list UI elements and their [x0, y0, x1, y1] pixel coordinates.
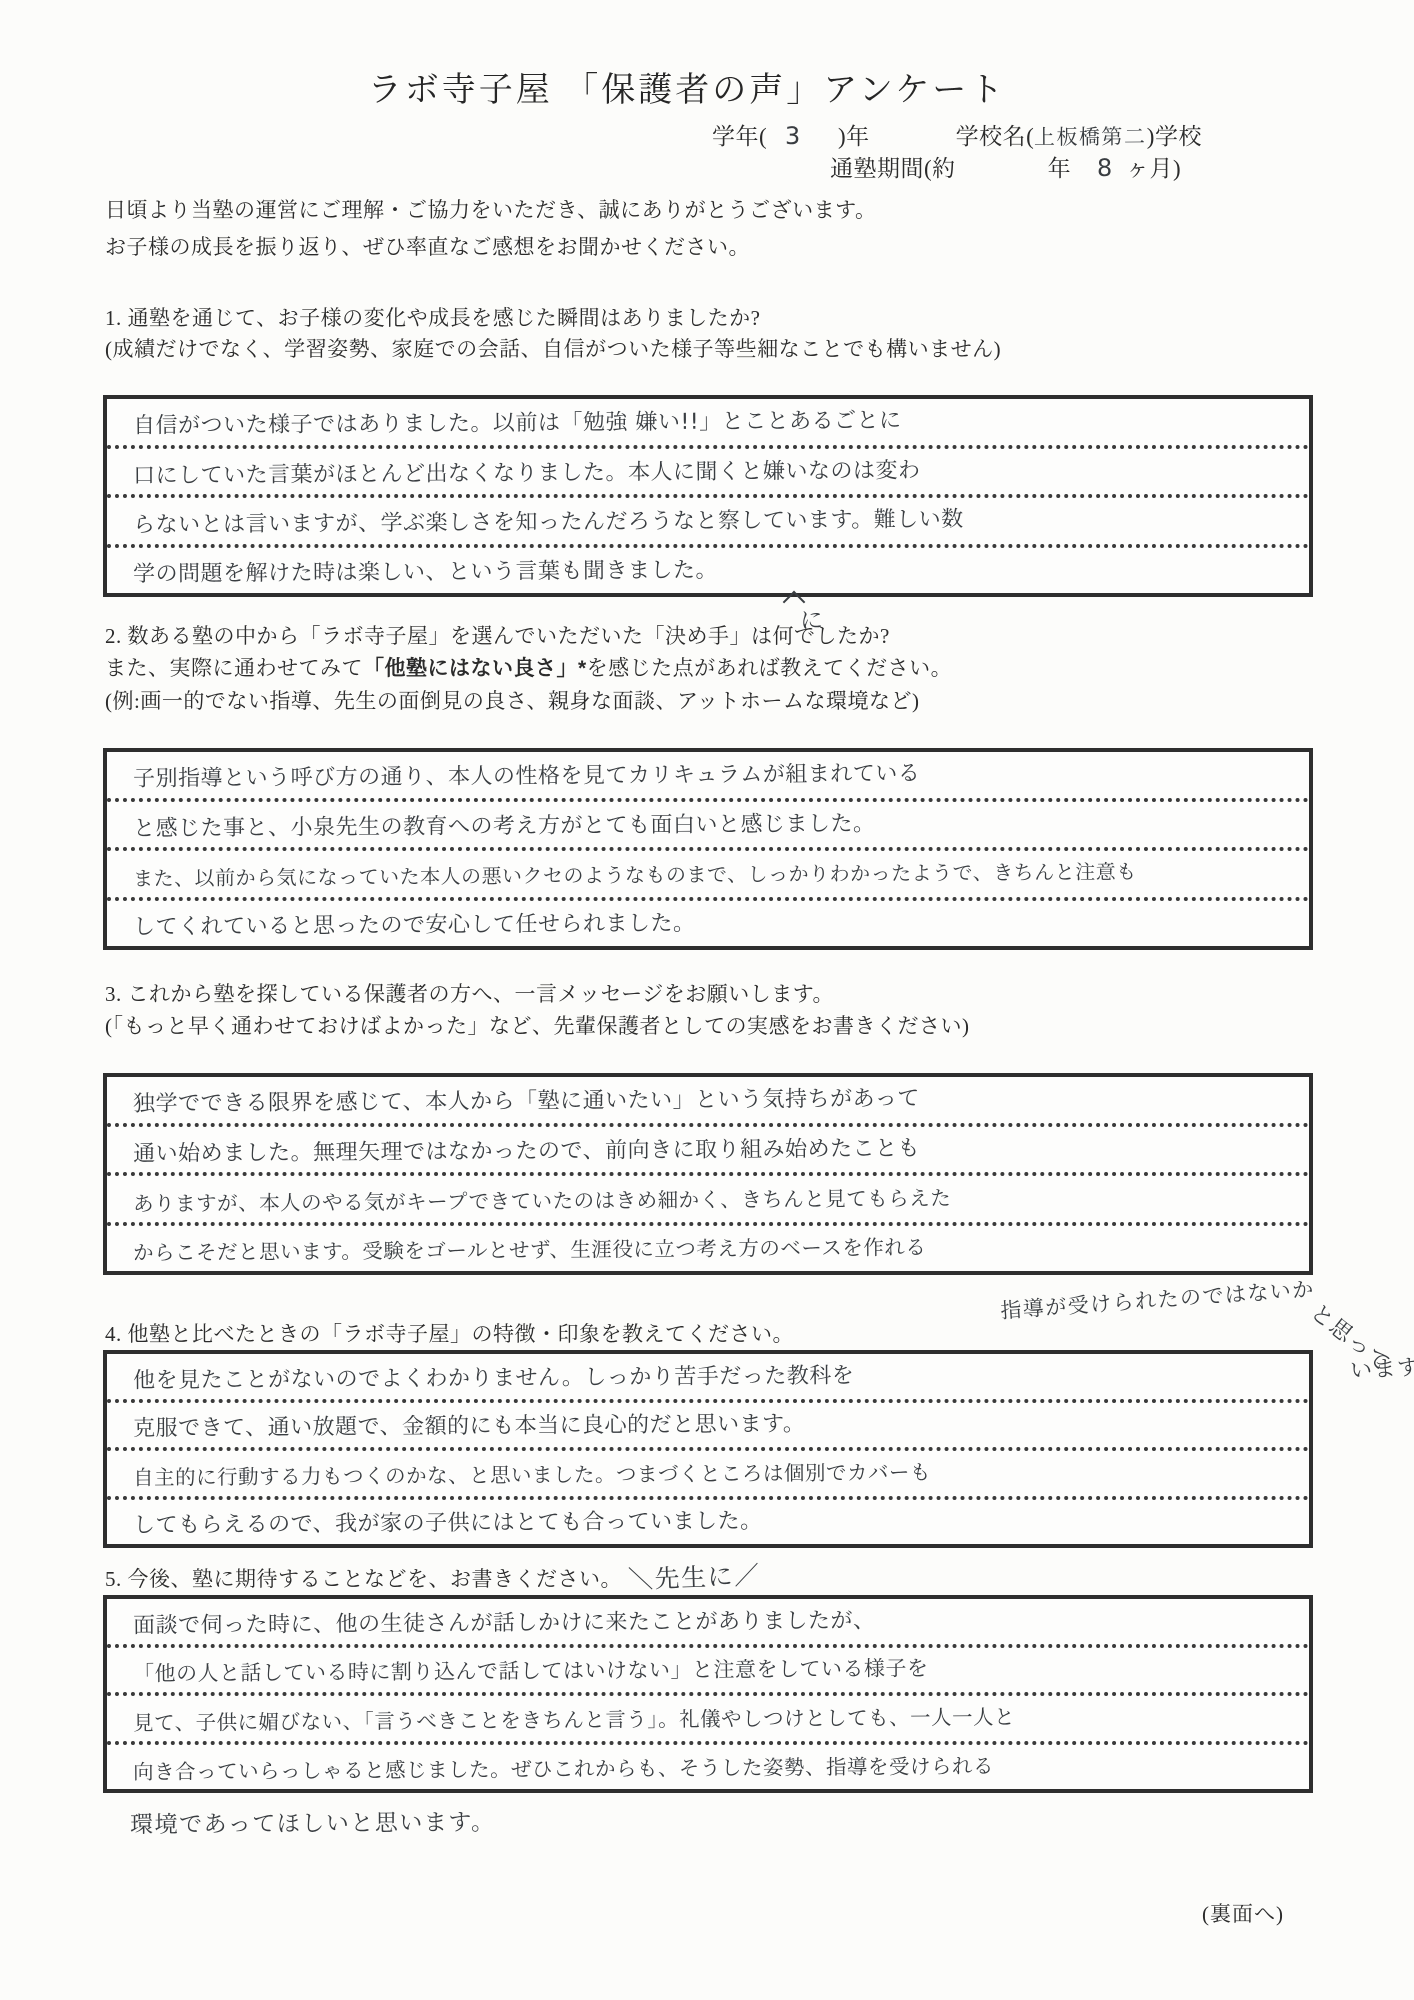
question-2-line2-post: を感じた点があれば教えてください。: [587, 656, 953, 680]
handwritten-answer: 「他の人と話している時に割り込んで話してはいけない」と注意をしている様子を: [133, 1652, 929, 1688]
margin-note-continuation-3: います: [1349, 1350, 1414, 1385]
answer-row: また、以前から気になっていた本人の悪いクセのようなものまで、しっかりわかったよう…: [107, 851, 1309, 901]
question-3-note: (「もっと早く通わせておけばよかった」など、先輩保護者としての実感をお書きくださ…: [105, 1010, 969, 1042]
intro-paragraph: 日頃より当塾の運営にご理解・ご協力をいただき、誠にありがとうございます。 お子様…: [105, 192, 876, 266]
handwritten-answer: してもらえるので、我が家の子供にはとても合っていました。: [133, 1504, 763, 1539]
answer-box-q1: 自信がついた様子ではありました。以前は「勉強 嫌い!!」とことあるごとに 口にし…: [103, 395, 1313, 597]
handwritten-answer: してくれていると思ったので安心して任せられました。: [133, 906, 696, 941]
school-label-post: )学校: [1147, 118, 1202, 151]
question-3-heading: 3. これから塾を探している保護者の方へ、一言メッセージをお願いします。: [105, 978, 969, 1010]
handwritten-answer: 口にしていた言葉がほとんど出なくなりました。本人に聞くと嫌いなのは変わ: [133, 453, 921, 489]
header-fields-row2: 通塾期間(約 年 8 ヶ月): [830, 150, 1181, 183]
handwritten-answer: 通い始めました。無理矢理ではなかったので、前向きに取り組み始めたことも: [133, 1131, 920, 1167]
answer-row: ありますが、本人のやる気がキープできていたのはきめ細かく、きちんと見てもらえた: [107, 1176, 1309, 1226]
handwritten-answer: 自主的に行動する力もつくのかな、と思いました。つまづくところは個別でカバーも: [133, 1455, 931, 1491]
answer-row: 「他の人と話している時に割り込んで話してはいけない」と注意をしている様子を: [107, 1648, 1309, 1697]
handwritten-answer: 自信がついた様子ではありました。以前は「勉強 嫌い!!」とことあるごとに: [133, 404, 902, 440]
handwritten-answer: 面談で伺った時に、他の生徒さんが話しかけに来たことがありましたが、: [133, 1603, 876, 1639]
period-label-pre: 通塾期間(約: [830, 150, 956, 183]
question-2: 2. 数ある塾の中から「ラボ寺子屋」を選んでいただいた「決め手」は何でしたか? …: [105, 620, 952, 717]
question-5-heading: 5. 今後、塾に期待することなどを、お書きください。: [105, 1563, 622, 1593]
answer-row: からこそだと思います。受験をゴールとせず、生涯役に立つ考え方のベースを作れる: [107, 1226, 1309, 1272]
question-1-heading: 1. 通塾を通じて、お子様の変化や成長を感じた瞬間はありましたか?: [105, 303, 1001, 334]
answer-row: 子別指導という呼び方の通り、本人の性格を見てカリキュラムが組まれている: [107, 752, 1309, 802]
answer-row: 学の問題を解けた時は楽しい、という言葉も聞きました。: [107, 548, 1309, 594]
scanned-survey-page: ラボ寺子屋 「保護者の声」アンケート 学年( 3 )年 学校名( 上板橋第二 )…: [0, 0, 1414, 2000]
answer-row: 見て、子供に媚びない、「言うべきことをきちんと言う」。礼儀やしつけとしても、一人…: [107, 1696, 1309, 1745]
answer-row: 克服できて、通い放題で、金額的にも本当に良心的だと思います。: [107, 1403, 1309, 1452]
answer-row: 自信がついた様子ではありました。以前は「勉強 嫌い!!」とことあるごとに: [107, 399, 1309, 449]
answer-row: らないとは言いますが、学ぶ楽しさを知ったんだろうなと察しています。難しい数: [107, 498, 1309, 548]
answer-row: 通い始めました。無理矢理ではなかったので、前向きに取り組み始めたことも: [107, 1127, 1309, 1177]
question-4-heading: 4. 他塾と比べたときの「ラボ寺子屋」の特徴・印象を教えてください。: [105, 1318, 794, 1350]
question-2-line2-bold: 「他塾にはない良さ」*: [363, 657, 587, 680]
answer-row: してもらえるので、我が家の子供にはとても合っていました。: [107, 1500, 1309, 1545]
question-5-inline-handwritten-note: ＼先生に／: [627, 1556, 761, 1597]
handwritten-answer: からこそだと思います。受験をゴールとせず、生涯役に立つ考え方のベースを作れる: [133, 1230, 926, 1266]
answer-row: 面談で伺った時に、他の生徒さんが話しかけに来たことがありましたが、: [107, 1599, 1309, 1648]
school-value-handwritten: 上板橋第二: [1034, 121, 1147, 152]
question-1-note: (成績だけでなく、学習姿勢、家庭での会話、自信がついた様子等些細なことでも構いま…: [105, 334, 1001, 365]
question-2-note: (例:画一的でない指導、先生の面倒見の良さ、親身な面談、アットホームな環境など): [105, 685, 952, 717]
intro-line2: お子様の成長を振り返り、ぜひ率直なご感想をお聞かせください。: [105, 229, 876, 266]
answer-row: 他を見たことがないのでよくわかりません。しっかり苦手だった教科を: [107, 1354, 1309, 1403]
period-label-post: ヶ月): [1126, 150, 1181, 183]
question-2-heading: 2. 数ある塾の中から「ラボ寺子屋」を選んでいただいた「決め手」は何でしたか?: [105, 620, 952, 652]
question-2-line2-pre: また、実際に通わせてみて: [105, 656, 363, 680]
handwritten-answer: 向き合っていらっしゃると感じました。ぜひこれからも、そうした姿勢、指導を受けられ…: [133, 1749, 994, 1785]
handwritten-answer: 学の問題を解けた時は楽しい、という言葉も聞きました。: [133, 553, 718, 588]
question-4: 4. 他塾と比べたときの「ラボ寺子屋」の特徴・印象を教えてください。: [105, 1318, 794, 1350]
answer-box-q3: 独学でできる限界を感じて、本人から「塾に通いたい」という気持ちがあって 通い始め…: [103, 1073, 1313, 1275]
question-5: 5. 今後、塾に期待することなどを、お書きください。 ＼先生に／: [105, 1558, 761, 1594]
grade-label-pre: 学年(: [712, 118, 767, 151]
period-months-handwritten: 8: [1097, 154, 1114, 182]
handwritten-answer: と感じた事と、小泉先生の教育への考え方がとても面白いと感じました。: [133, 806, 876, 842]
handwritten-answer: 独学でできる限界を感じて、本人から「塾に通いたい」という気持ちがあって: [133, 1082, 920, 1118]
school-label-pre: 学校名(: [956, 118, 1035, 151]
handwritten-answer-overflow: 環境であってほしいと思います。: [130, 1804, 496, 1840]
question-3: 3. これから塾を探している保護者の方へ、一言メッセージをお願いします。 (「も…: [105, 978, 969, 1042]
header-fields-row1: 学年( 3 )年 学校名( 上板橋第二 )学校: [712, 118, 1202, 151]
footer-note: (裏面へ): [1202, 1898, 1284, 1928]
answer-row: と感じた事と、小泉先生の教育への考え方がとても面白いと感じました。: [107, 802, 1309, 852]
handwritten-answer: 子別指導という呼び方の通り、本人の性格を見てカリキュラムが組まれている: [133, 757, 920, 793]
period-year-label: 年: [1048, 150, 1072, 183]
answer-row: 向き合っていらっしゃると感じました。ぜひこれからも、そうした姿勢、指導を受けられ…: [107, 1745, 1309, 1790]
answer-row: 自主的に行動する力もつくのかな、と思いました。つまづくところは個別でカバーも: [107, 1451, 1309, 1500]
intro-line1: 日頃より当塾の運営にご理解・ご協力をいただき、誠にありがとうございます。: [105, 192, 876, 229]
answer-row: 口にしていた言葉がほとんど出なくなりました。本人に聞くと嫌いなのは変わ: [107, 449, 1309, 499]
handwritten-answer: ありますが、本人のやる気がキープできていたのはきめ細かく、きちんと見てもらえた: [133, 1181, 951, 1217]
answer-box-q2: 子別指導という呼び方の通り、本人の性格を見てカリキュラムが組まれている と感じた…: [103, 748, 1313, 950]
page-title: ラボ寺子屋 「保護者の声」アンケート: [0, 62, 1394, 111]
grade-label-post: )年: [838, 118, 870, 151]
handwritten-answer: らないとは言いますが、学ぶ楽しさを知ったんだろうなと察しています。難しい数: [133, 502, 964, 539]
answer-box-q5: 面談で伺った時に、他の生徒さんが話しかけに来たことがありましたが、 「他の人と話…: [103, 1595, 1313, 1793]
handwritten-answer: 克服できて、通い放題で、金額的にも本当に良心的だと思います。: [133, 1407, 806, 1443]
answer-box-q4: 他を見たことがないのでよくわかりません。しっかり苦手だった教科を 克服できて、通…: [103, 1350, 1313, 1548]
grade-value-handwritten: 3: [785, 122, 802, 150]
question-2-line2: また、実際に通わせてみて「他塾にはない良さ」*を感じた点があれば教えてください。: [105, 652, 952, 685]
question-1: 1. 通塾を通じて、お子様の変化や成長を感じた瞬間はありましたか? (成績だけで…: [105, 303, 1001, 365]
handwritten-answer: 他を見たことがないのでよくわかりません。しっかり苦手だった教科を: [133, 1358, 855, 1394]
margin-note-continuation-1: 指導が受けられたのではないか: [999, 1273, 1315, 1325]
handwritten-answer: また、以前から気になっていた本人の悪いクセのようなものまで、しっかりわかったよう…: [133, 856, 1137, 892]
answer-row: してくれていると思ったので安心して任せられました。: [107, 901, 1309, 947]
answer-row: 独学でできる限界を感じて、本人から「塾に通いたい」という気持ちがあって: [107, 1077, 1309, 1127]
handwritten-answer: 見て、子供に媚びない、「言うべきことをきちんと言う」。礼儀やしつけとしても、一人…: [133, 1700, 1015, 1736]
